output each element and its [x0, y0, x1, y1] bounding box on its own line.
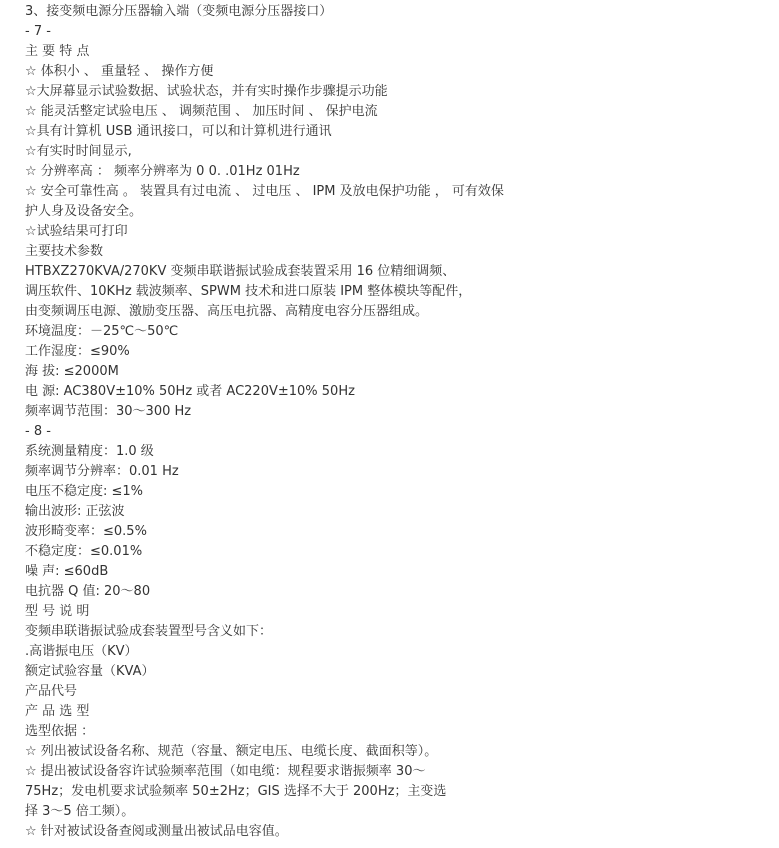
feature-item-continued: 护人身及设备安全。 [25, 202, 765, 222]
spec-output-waveform: 输出波形: 正弦波 [25, 502, 765, 522]
document-body: 3、接变频电源分压器输入端（变频电源分压器接口） - 7 - 主 要 特 点 ☆… [25, 2, 765, 842]
feature-item: ☆ 分辨率高 ： 频率分辨率为 0 0. .01Hz 01Hz [25, 162, 765, 182]
selection-item: ☆ 列出被试设备名称、规范（容量、额定电压、电缆长度、截面积等）。 [25, 742, 765, 762]
heading-product-selection: 产 品 选 型 [25, 702, 765, 722]
selection-item-continued: 择 3～5 倍工频）。 [25, 802, 765, 822]
feature-item: ☆ 体积小 、 重量轻 、 操作方便 [25, 62, 765, 82]
spec-accuracy: 系统测量精度：1.0 级 [25, 442, 765, 462]
model-intro: 变频串联谐振试验成套装置型号含义如下： [25, 622, 765, 642]
section-connection-note: 3、接变频电源分压器输入端（变频电源分压器接口） [25, 2, 765, 22]
page-number: - 8 - [25, 422, 765, 442]
selection-item-continued: 75Hz；发电机要求试验频率 50±2Hz；GIS 选择不大于 200Hz；主变… [25, 782, 765, 802]
selection-basis-label: 选型依据 ： [25, 722, 765, 742]
spec-noise: 噪 声: ≤60dB [25, 562, 765, 582]
spec-reactor-q: 电抗器 Q 值: 20～80 [25, 582, 765, 602]
feature-item: ☆ 能灵活整定试验电压 、 调频范围 、 加压时间 、 保护电流 [25, 102, 765, 122]
tech-description: 调压软件、10KHz 载波频率、SPWM 技术和进口原装 IPM 整体模块等配件… [25, 282, 765, 302]
heading-model-description: 型 号 说 明 [25, 602, 765, 622]
spec-frequency-range: 频率调节范围：30～300 Hz [25, 402, 765, 422]
feature-item: ☆ 安全可靠性高 。 装置具有过电流 、 过电压 、 IPM 及放电保护功能 ，… [25, 182, 765, 202]
model-item: .高谐振电压（KV） [25, 642, 765, 662]
feature-item: ☆大屏幕显示试验数据、试验状态，并有实时操作步骤提示功能 [25, 82, 765, 102]
spec-power-supply: 电 源: AC380V±10% 50Hz 或者 AC220V±10% 50Hz [25, 382, 765, 402]
spec-ambient-temperature: 环境温度：－25℃～50℃ [25, 322, 765, 342]
spec-waveform-distortion: 波形畸变率：≤0.5% [25, 522, 765, 542]
heading-main-features: 主 要 特 点 [25, 42, 765, 62]
spec-frequency-resolution: 频率调节分辨率：0.01 Hz [25, 462, 765, 482]
tech-description: 由变频调压电源、激励变压器、高压电抗器、高精度电容分压器组成。 [25, 302, 765, 322]
spec-humidity: 工作湿度：≤90% [25, 342, 765, 362]
tech-description: HTBXZ270KVA/270KV 变频串联谐振试验成套装置采用 16 位精细调… [25, 262, 765, 282]
page-number: - 7 - [25, 22, 765, 42]
feature-item: ☆具有计算机 USB 通讯接口，可以和计算机进行通讯 [25, 122, 765, 142]
selection-item: ☆ 提出被试设备容许试验频率范围（如电缆：规程要求谐振频率 30～ [25, 762, 765, 782]
spec-voltage-instability: 电压不稳定度: ≤1% [25, 482, 765, 502]
spec-instability: 不稳定度：≤0.01% [25, 542, 765, 562]
selection-item: ☆ 针对被试设备查阅或测量出被试品电容值。 [25, 822, 765, 842]
feature-item: ☆试验结果可打印 [25, 222, 765, 242]
model-item: 产品代号 [25, 682, 765, 702]
feature-item: ☆有实时时间显示, [25, 142, 765, 162]
spec-altitude: 海 拔: ≤2000M [25, 362, 765, 382]
heading-tech-params: 主要技术参数 [25, 242, 765, 262]
model-item: 额定试验容量（KVA） [25, 662, 765, 682]
